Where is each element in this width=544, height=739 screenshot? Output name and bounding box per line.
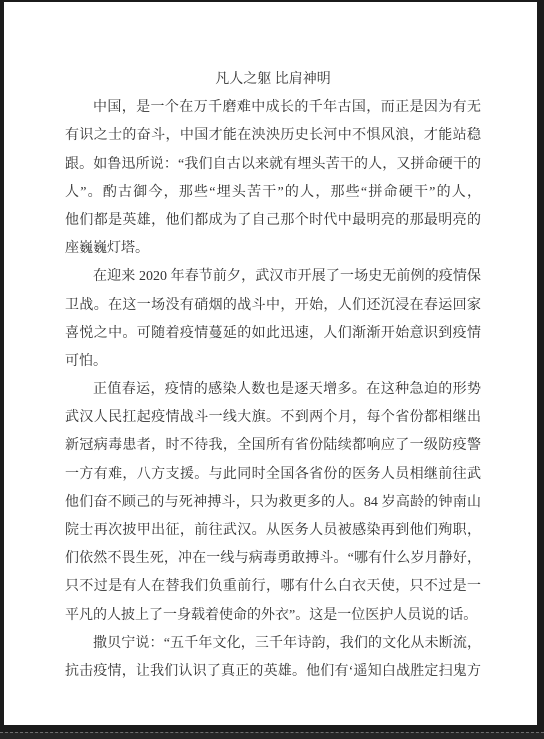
document-page: 凡人之躯 比肩神明 中国，是一个在万千磨难中成长的千年古国，而正是因为有无数有识… (4, 2, 537, 725)
text-line: 一方有难，八方支援。与此同时全国各省份的医务人员相继前往武汉， (65, 461, 481, 489)
text-line: 平凡的人披上了一身载着使命的外衣”。这是一位医护人员说的话。 (65, 602, 481, 630)
text-line: 们依然不畏生死，冲在一线与病毒勇敢搏斗。“哪有什么岁月静好， (65, 545, 481, 573)
text-line: 有识之士的奋斗，中国才能在泱泱历史长河中不惧风浪，才能站稳脚 (65, 122, 481, 150)
text-line: 撒贝宁说：“五千年文化，三千年诗韵，我们的文化从未断流， (65, 630, 481, 658)
text-line: 武汉人民扛起疫情战斗一线大旗。不到两个月，每个省份都相继出现 (65, 404, 481, 432)
document-body: 中国，是一个在万千磨难中成长的千年古国，而正是因为有无数有识之士的奋斗，中国才能… (65, 94, 481, 686)
text-line: 卫战。在这一场没有硝烟的战斗中，开始，人们还沉浸在春运回家的 (65, 292, 481, 320)
page-separator (0, 732, 544, 739)
text-line: 只不过是有人在替我们负重前行，哪有什么白衣天使，只不过是一群 (65, 573, 481, 601)
text-line: 跟。如鲁迅所说：“我们自古以来就有埋头苦干的人，又拼命硬干的 (65, 151, 481, 179)
text-line: 正值春运，疫情的感染人数也是逐天增多。在这种急迫的形势下， (65, 376, 481, 404)
text-line: 新冠病毒患者，时不待我，全国所有省份陆续都响应了一级防疫警报。 (65, 432, 481, 460)
text-line: 人”。酌古御今，那些“埋头苦干”的人，那些“拼命硬干”的人， (65, 179, 481, 207)
document-viewer-background: 凡人之躯 比肩神明 中国，是一个在万千磨难中成长的千年古国，而正是因为有无数有识… (0, 0, 544, 739)
text-line: 座巍巍灯塔。 (65, 235, 481, 263)
text-line: 可怕。 (65, 348, 481, 376)
page-content: 凡人之躯 比肩神明 中国，是一个在万千磨难中成长的千年古国，而正是因为有无数有识… (65, 66, 481, 686)
text-line: 他们奋不顾己的与死神搏斗，只为救更多的人。84 岁高龄的钟南山 (65, 489, 481, 517)
text-line: 中国，是一个在万千磨难中成长的千年古国，而正是因为有无数 (65, 94, 481, 122)
text-line: 喜悦之中。可随着疫情蔓延的如此迅速，人们渐渐开始意识到疫情的 (65, 320, 481, 348)
text-line: 在迎来 2020 年春节前夕，武汉市开展了一场史无前例的疫情保 (65, 263, 481, 291)
document-title: 凡人之躯 比肩神明 (65, 66, 481, 94)
text-line: 抗击疫情，让我们认识了真正的英雄。他们有‘遥知白战胜定扫鬼方 (65, 658, 481, 686)
text-line: 他们都是英雄，他们都成为了自己那个时代中最明亮的那最明亮的那 (65, 207, 481, 235)
text-line: 院士再次披甲出征，前往武汉。从医务人员被感染再到他们殉职，他 (65, 517, 481, 545)
